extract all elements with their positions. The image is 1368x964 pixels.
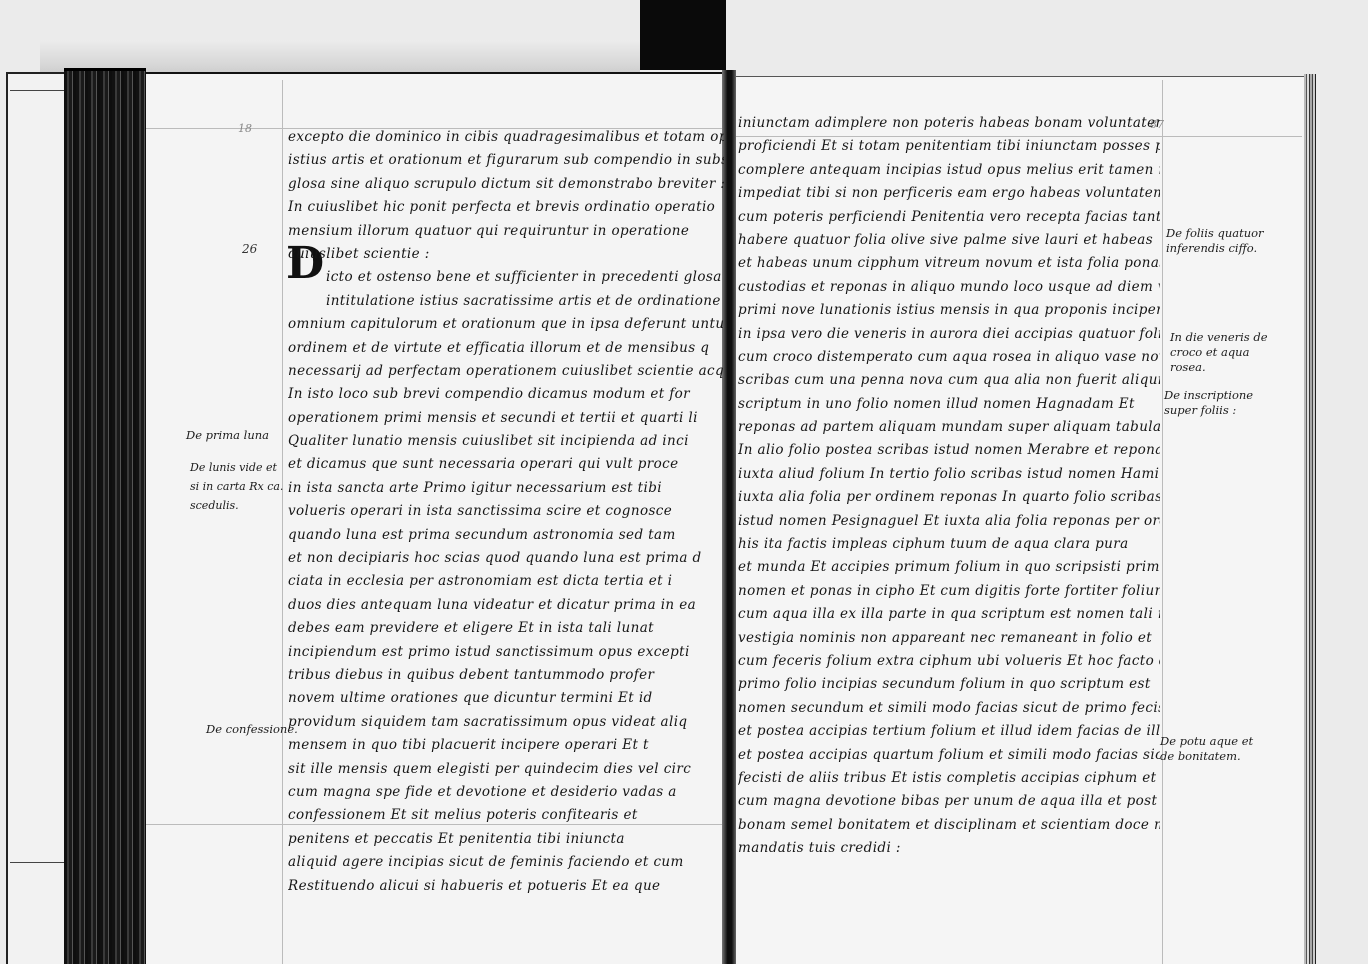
text-line: In alio folio postea scribas istud nomen… [738, 439, 1160, 462]
scanned-book-spread: 18 87 26 D excepto die dominico in cibis… [0, 0, 1368, 964]
right-page-edges [1304, 74, 1320, 964]
page-edges-stack [64, 68, 146, 964]
text-line: quando luna est prima secundum astronomi… [288, 524, 724, 547]
left-cover-board [6, 72, 68, 964]
text-line: ciata in ecclesia per astronomiam est di… [288, 570, 724, 593]
board-rule [10, 90, 68, 91]
text-line: cum poteris perficiendi Penitentia vero … [738, 206, 1160, 229]
text-line: bonam semel bonitatem et disciplinam et … [738, 814, 1160, 837]
text-line: complere antequam incipias istud opus me… [738, 159, 1160, 182]
text-line: iuxta aliud folium In tertio folio scrib… [738, 463, 1160, 486]
text-line: cuiuslibet scientie : [288, 243, 724, 266]
right-page-text: iniunctam adimplere non poteris habeas b… [738, 112, 1160, 861]
text-line: impediat tibi si non perficeris eam ergo… [738, 182, 1160, 205]
text-line: tribus diebus in quibus debent tantummod… [288, 664, 724, 687]
text-line: scribas cum una penna nova cum qua alia … [738, 369, 1160, 392]
text-line: cum feceris folium extra ciphum ubi volu… [738, 650, 1160, 673]
ruling-line [282, 80, 283, 964]
text-line: habere quatuor folia olive sive palme si… [738, 229, 1160, 252]
text-line: et postea accipias tertium folium et ill… [738, 720, 1160, 743]
margin-note: De confessione. [206, 722, 298, 737]
text-line: in ipsa vero die veneris in aurora diei … [738, 323, 1160, 346]
text-line: et munda Et accipies primum folium in qu… [738, 556, 1160, 579]
book-gutter [722, 70, 736, 964]
text-line: reponas ad partem aliquam mundam super a… [738, 416, 1160, 439]
text-line: omnium capitulorum et orationum que in i… [288, 313, 724, 336]
text-line: intitulatione istius sacratissime artis … [288, 290, 724, 313]
text-line: novem ultime orationes que dicuntur term… [288, 687, 724, 710]
text-line: penitens et peccatis Et penitentia tibi … [288, 828, 724, 851]
text-line: volueris operari in ista sanctissima sci… [288, 500, 724, 523]
folio-number-left: 18 [238, 122, 252, 135]
text-line: sit ille mensis quem elegisti per quinde… [288, 758, 724, 781]
text-line: cum magna spe fide et devotione et desid… [288, 781, 724, 804]
text-line: mandatis tuis credidi : [738, 837, 1160, 860]
text-line: et non decipiaris hoc scias quod quando … [288, 547, 724, 570]
text-line: cum aqua illa ex illa parte in qua scrip… [738, 603, 1160, 626]
text-line: operationem primi mensis et secundi et t… [288, 407, 724, 430]
black-corner-tab [640, 0, 726, 70]
text-line: icto et ostenso bene et sufficienter in … [288, 266, 724, 289]
margin-note: De prima luna [186, 428, 269, 443]
margin-note: De potu aque et de bonitatem. [1160, 734, 1270, 764]
text-line: glosa sine aliquo scrupulo dictum sit de… [288, 173, 724, 196]
text-line: scriptum in uno folio nomen illud nomen … [738, 393, 1160, 416]
text-line: istud nomen Pesignaguel Et iuxta alia fo… [738, 510, 1160, 533]
board-rule [10, 862, 68, 863]
margin-note: De foliis quatuor inferendis ciffo. [1166, 226, 1266, 256]
text-line: nomen secundum et simili modo facias sic… [738, 697, 1160, 720]
text-line: et dicamus que sunt necessaria operari q… [288, 453, 724, 476]
text-line: ordinem et de virtute et efficatia illor… [288, 337, 724, 360]
margin-note: De inscriptione super foliis : [1164, 388, 1264, 418]
text-line: Qualiter lunatio mensis cuiuslibet sit i… [288, 430, 724, 453]
text-line: iuxta alia folia per ordinem reponas In … [738, 486, 1160, 509]
text-line: primo folio incipias secundum folium in … [738, 673, 1160, 696]
margin-note: De lunis vide et si in carta Rx ca. sced… [190, 458, 286, 515]
ruling-line [1162, 80, 1163, 964]
text-line: nomen et ponas in cipho Et cum digitis f… [738, 580, 1160, 603]
text-line: duos dies antequam luna videatur et dica… [288, 594, 724, 617]
text-line: mensem in quo tibi placuerit incipere op… [288, 734, 724, 757]
text-line: his ita factis impleas ciphum tuum de aq… [738, 533, 1160, 556]
text-line: Restituendo alicui si habueris et potuer… [288, 875, 724, 898]
text-line: custodias et reponas in aliquo mundo loc… [738, 276, 1160, 299]
text-line: et postea accipias quartum folium et sim… [738, 744, 1160, 767]
text-line: In cuiuslibet hic ponit perfecta et brev… [288, 196, 724, 219]
text-line: vestigia nominis non appareant nec reman… [738, 627, 1160, 650]
text-line: providum siquidem tam sacratissimum opus… [288, 711, 724, 734]
text-line: incipiendum est primo istud sanctissimum… [288, 641, 724, 664]
margin-note: In die veneris de croco et aqua rosea. [1170, 330, 1280, 375]
text-line: in ista sancta arte Primo igitur necessa… [288, 477, 724, 500]
text-line: iniunctam adimplere non poteris habeas b… [738, 112, 1160, 135]
text-line: aliquid agere incipias sicut de feminis … [288, 851, 724, 874]
text-line: confessionem Et sit melius poteris confi… [288, 804, 724, 827]
text-line: cum magna devotione bibas per unum de aq… [738, 790, 1160, 813]
text-line: In isto loco sub brevi compendio dicamus… [288, 383, 724, 406]
left-page-text: excepto die dominico in cibis quadragesi… [288, 126, 724, 898]
text-line: et habeas unum cipphum vitreum novum et … [738, 252, 1160, 275]
text-line: mensium illorum quatuor qui requiruntur … [288, 220, 724, 243]
text-line: debes eam previdere et eligere Et in ist… [288, 617, 724, 640]
text-line: proficiendi Et si totam penitentiam tibi… [738, 135, 1160, 158]
text-line: primi nove lunationis istius mensis in q… [738, 299, 1160, 322]
text-line: fecisti de aliis tribus Et istis complet… [738, 767, 1160, 790]
text-line: necessarij ad perfectam operationem cuiu… [288, 360, 724, 383]
text-line: istius artis et orationum et figurarum s… [288, 149, 724, 172]
text-line: cum croco distemperato cum aqua rosea in… [738, 346, 1160, 369]
section-number: 26 [242, 242, 257, 256]
text-line: excepto die dominico in cibis quadragesi… [288, 126, 724, 149]
